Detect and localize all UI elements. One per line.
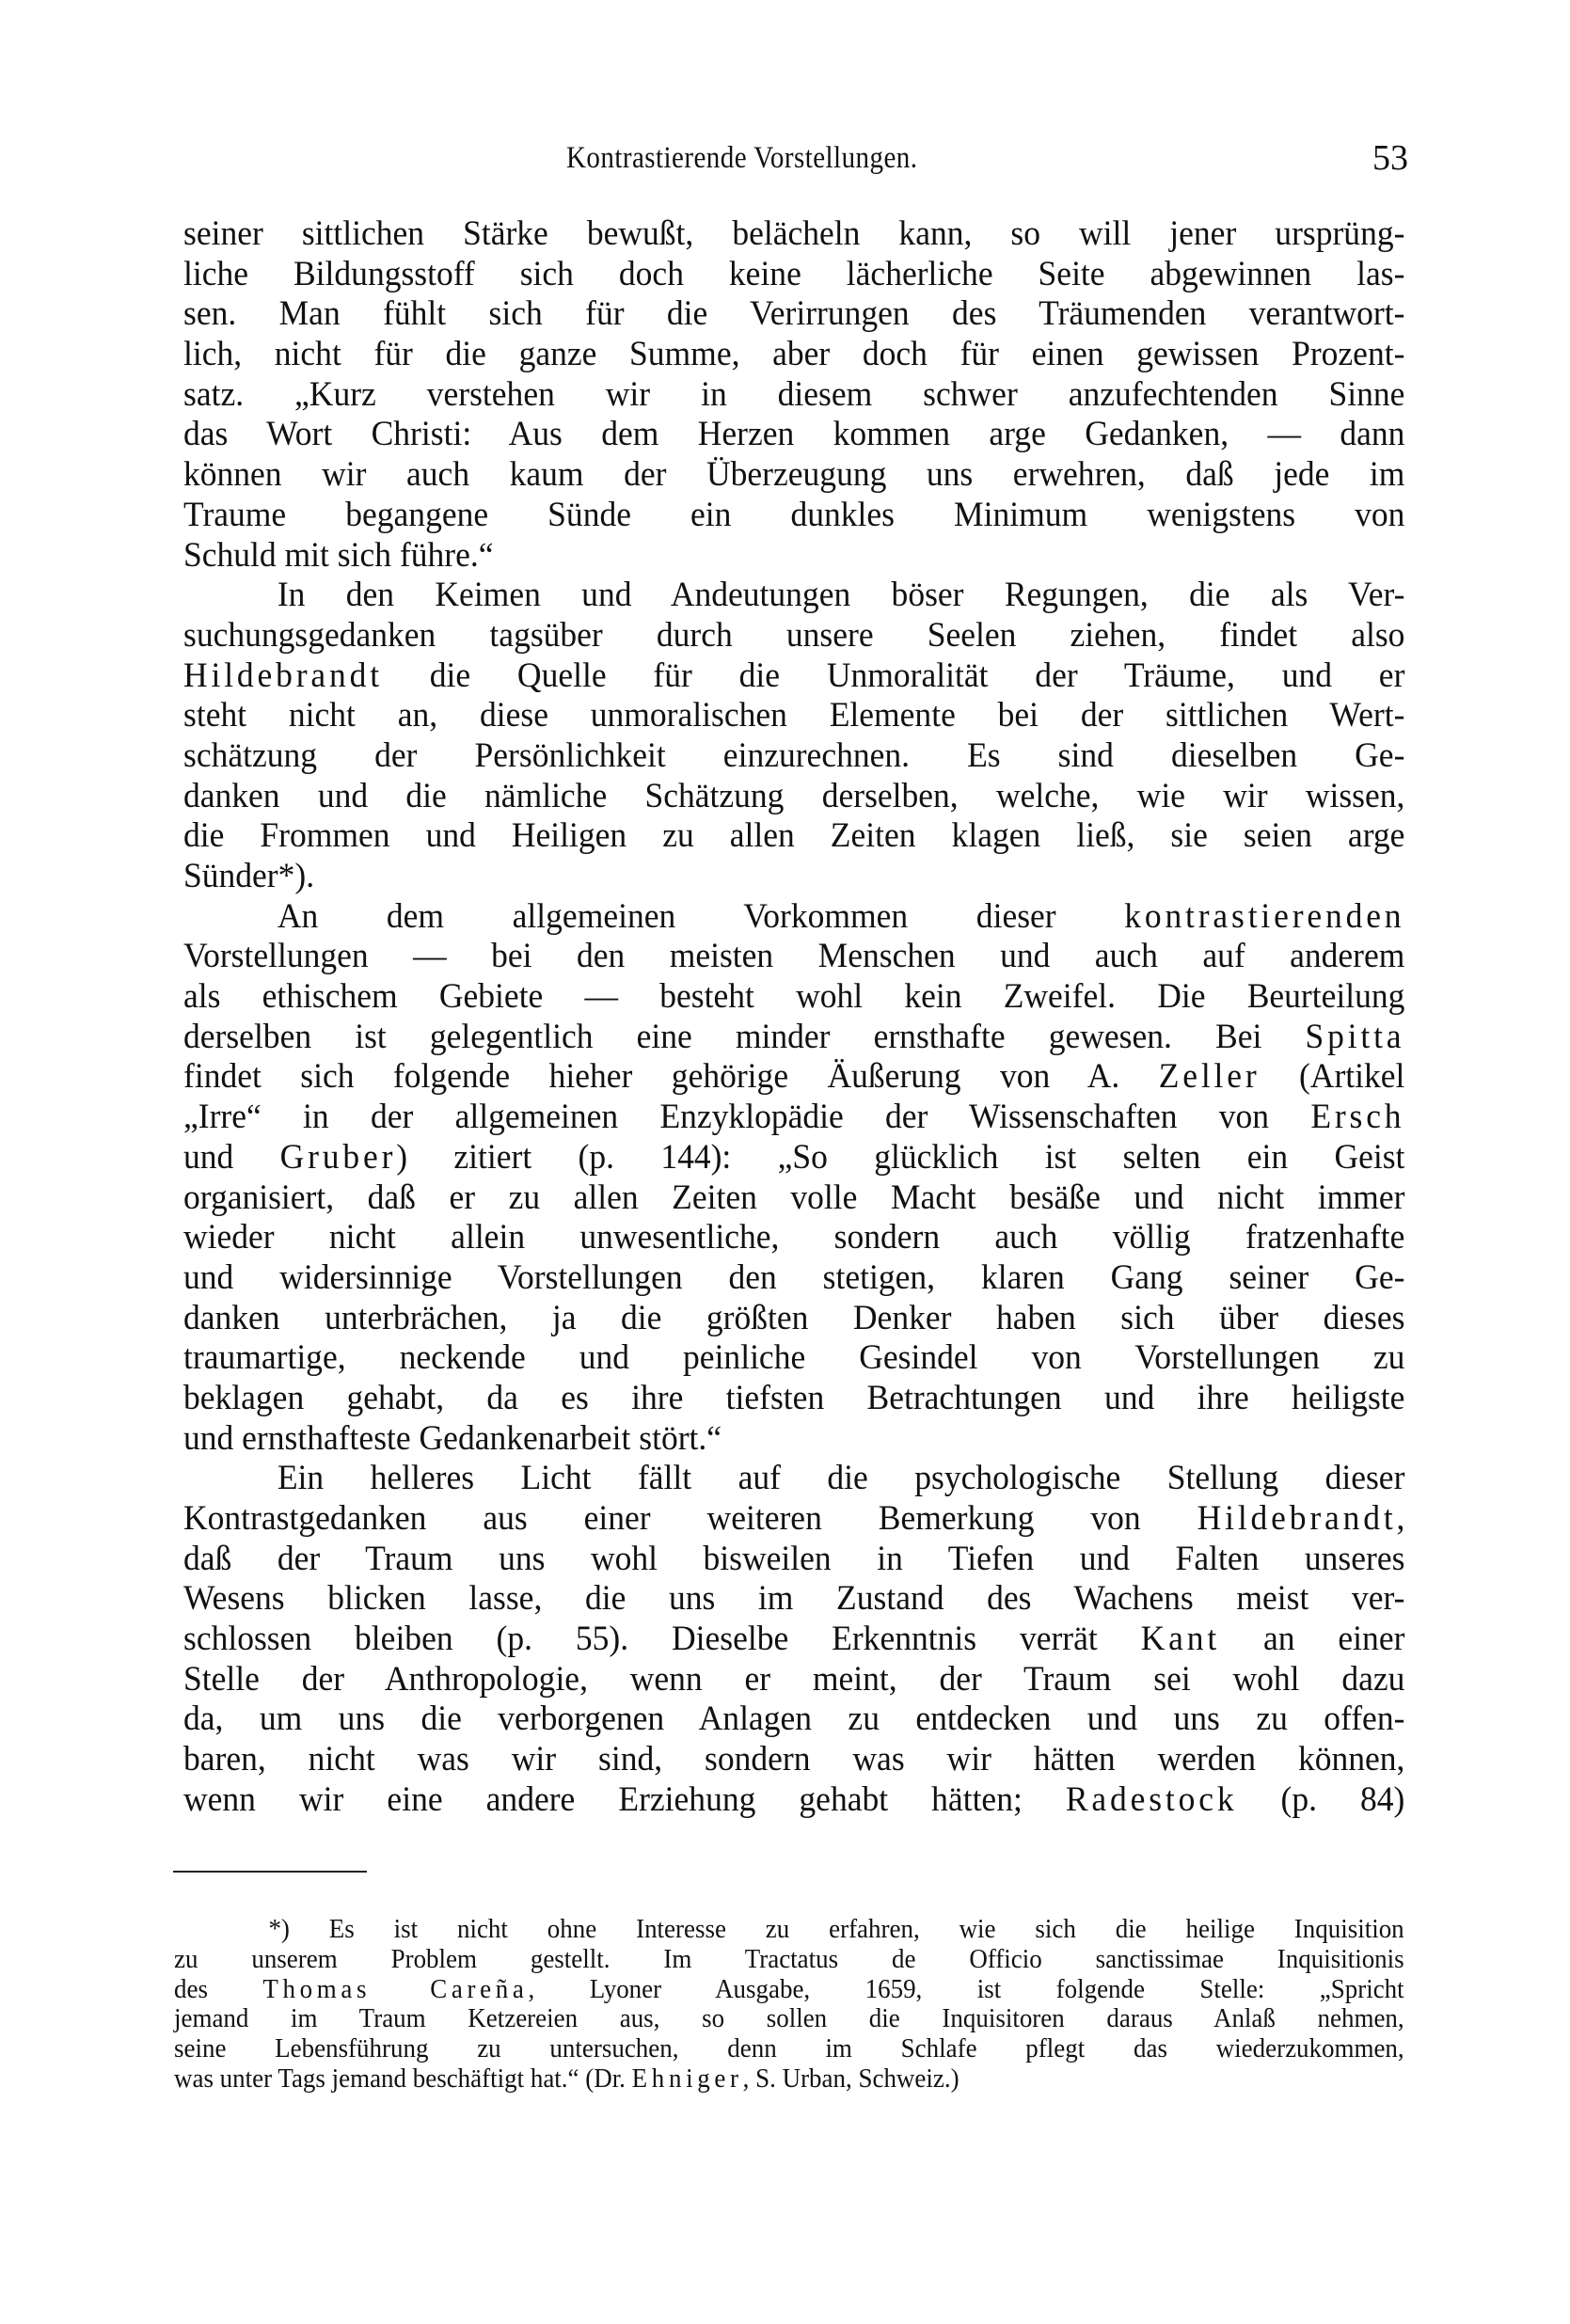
paragraph-start-line: In den Keimen und Andeutungen böser Regu… <box>183 576 1404 616</box>
text-line: schätzung der Persönlichkeit einzurechne… <box>183 736 1404 777</box>
running-title: Kontrastierende Vorstellungen. <box>566 134 917 182</box>
text-segment: ) zitiert (p. 144): „So glücklich ist se… <box>396 1138 1404 1177</box>
text-segment: findet sich folgende hieher gehörige Äuß… <box>183 1057 1159 1096</box>
text-line: baren, nicht was wir sind, sondern was w… <box>183 1740 1404 1780</box>
page-number: 53 <box>1372 134 1408 182</box>
text-line: und Gruber) zitiert (p. 144): „So glückl… <box>183 1138 1404 1178</box>
text-segment: an einer <box>1220 1620 1404 1658</box>
text-line: daß der Traum uns wohl bisweilen in Tief… <box>183 1540 1404 1580</box>
text-segment: wenn wir eine andere Erziehung gehabt hä… <box>183 1780 1066 1819</box>
footnote-line: jemand im Traum Ketzereien aus, so solle… <box>174 2004 1404 2034</box>
text-line: Traume begangene Sünde ein dunkles Minim… <box>183 496 1404 536</box>
text-line: „Irre“ in der allgemeinen Enzyklopädie d… <box>183 1098 1404 1138</box>
spaced-word: kontrastierenden <box>1124 897 1404 936</box>
text-line: die Frommen und Heiligen zu allen Zeiten… <box>183 816 1404 857</box>
footnote-separator-rule <box>173 1871 367 1873</box>
paragraph-start-line: An dem allgemeinen Vorkommen dieser kont… <box>183 897 1404 938</box>
text-line: beklagen gehabt, da es ihre tiefsten Bet… <box>183 1379 1404 1419</box>
text-line: das Wort Christi: Aus dem Herzen kommen … <box>183 415 1404 455</box>
text-line: wenn wir eine andere Erziehung gehabt hä… <box>183 1780 1404 1821</box>
text-segment: was unter Tags jemand beschäftigt hat.“ … <box>174 2063 632 2094</box>
text-line: Kontrastgedanken aus einer weiteren Beme… <box>183 1499 1404 1540</box>
text-segment: , S. Urban, Schweiz.) <box>743 2063 959 2094</box>
text-segment: Kontrastgedanken aus einer weiteren Beme… <box>183 1499 1197 1538</box>
paragraph-start-line: Ein helleres Licht fällt auf die psychol… <box>183 1459 1404 1499</box>
spaced-name: Hildebrandt <box>1197 1499 1397 1538</box>
text-line: steht nicht an, diese unmoralischen Elem… <box>183 696 1404 736</box>
footnote-line: was unter Tags jemand beschäftigt hat.“ … <box>174 2064 1404 2095</box>
text-line: Hildebrandt die Quelle für die Unmoralit… <box>183 656 1404 697</box>
footnote-line: zu unserem Problem gestellt. Im Tractatu… <box>174 1945 1404 1975</box>
footnote-line: *) Es ist nicht ohne Interesse zu erfahr… <box>174 1915 1404 1945</box>
text-line: findet sich folgende hieher gehörige Äuß… <box>183 1057 1404 1098</box>
spaced-name: Gruber <box>280 1138 397 1177</box>
spaced-name: Spitta <box>1305 1018 1404 1056</box>
text-segment: An dem allgemeinen Vorkommen dieser <box>278 897 1124 936</box>
spaced-name: Zeller <box>1159 1057 1261 1096</box>
book-page: Kontrastierende Vorstellungen. 53 seiner… <box>0 0 1570 2324</box>
spaced-name: Radestock <box>1066 1780 1238 1819</box>
text-line: suchungsgedanken tagsüber durch unsere S… <box>183 616 1404 656</box>
text-segment: schlossen bleiben (p. 55). Dieselbe Erke… <box>183 1620 1141 1658</box>
footnote: *) Es ist nicht ohne Interesse zu erfahr… <box>174 1915 1404 2095</box>
text-line: derselben ist gelegentlich eine minder e… <box>183 1018 1404 1058</box>
text-line: als ethischem Gebiete — besteht wohl kei… <box>183 977 1404 1018</box>
body-text: seiner sittlichen Stärke bewußt, beläche… <box>183 214 1404 1821</box>
text-line: können wir auch kaum der Überzeugung uns… <box>183 455 1404 496</box>
spaced-name: Hildebrandt <box>183 656 383 695</box>
text-segment: , <box>1397 1499 1405 1538</box>
text-segment: (p. 84) <box>1237 1780 1404 1819</box>
text-segment: „Irre“ in der allgemeinen Enzyklopädie d… <box>183 1098 1310 1136</box>
text-line: Wesens blicken lasse, die uns im Zustand… <box>183 1579 1404 1620</box>
text-segment: , Lyoner Ausgabe, 1659, ist folgende Ste… <box>529 1974 1404 2004</box>
footnote-line: seine Lebensführung zu untersuchen, denn… <box>174 2034 1404 2064</box>
text-line: traumartige, neckende und peinliche Gesi… <box>183 1338 1404 1379</box>
text-line: lich, nicht für die ganze Summe, aber do… <box>183 335 1404 375</box>
spaced-name: Ersch <box>1310 1098 1404 1136</box>
text-segment: und <box>183 1138 280 1177</box>
text-line: Stelle der Anthropologie, wenn er meint,… <box>183 1660 1404 1700</box>
spaced-name: Ehniger <box>632 2063 743 2094</box>
running-head: Kontrastierende Vorstellungen. 53 <box>0 134 1570 182</box>
text-line: da, um uns die verborgenen Anlagen zu en… <box>183 1700 1404 1740</box>
text-line: organisiert, daß er zu allen Zeiten voll… <box>183 1178 1404 1219</box>
text-line: und widersinnige Vorstellungen den steti… <box>183 1258 1404 1299</box>
text-segment: derselben ist gelegentlich eine minder e… <box>183 1018 1305 1056</box>
text-segment: die Quelle für die Unmoralität der Träum… <box>383 656 1405 695</box>
text-line: liche Bildungsstoff sich doch keine läch… <box>183 255 1404 295</box>
text-line: danken und die nämliche Schätzung dersel… <box>183 777 1404 817</box>
text-line: Sünder*). <box>183 857 1404 897</box>
text-segment: des <box>174 1974 262 2004</box>
text-line: danken unterbrächen, ja die größten Denk… <box>183 1299 1404 1339</box>
text-line: Vorstellungen — bei den meisten Menschen… <box>183 937 1404 977</box>
text-line: und ernsthafteste Gedankenarbeit stört.“ <box>183 1419 1404 1460</box>
spaced-name: Kant <box>1141 1620 1220 1658</box>
spaced-name: Thomas Careña <box>262 1974 528 2004</box>
text-line: wieder nicht allein unwesentliche, sonde… <box>183 1218 1404 1258</box>
footnote-line: des Thomas Careña, Lyoner Ausgabe, 1659,… <box>174 1975 1404 2005</box>
text-line: Schuld mit sich führe.“ <box>183 536 1404 577</box>
text-line: seiner sittlichen Stärke bewußt, beläche… <box>183 214 1404 255</box>
text-segment: (Artikel <box>1261 1057 1405 1096</box>
text-line: sen. Man fühlt sich für die Verirrungen … <box>183 294 1404 335</box>
text-line: schlossen bleiben (p. 55). Dieselbe Erke… <box>183 1620 1404 1660</box>
text-line: satz. „Kurz verstehen wir in diesem schw… <box>183 375 1404 416</box>
